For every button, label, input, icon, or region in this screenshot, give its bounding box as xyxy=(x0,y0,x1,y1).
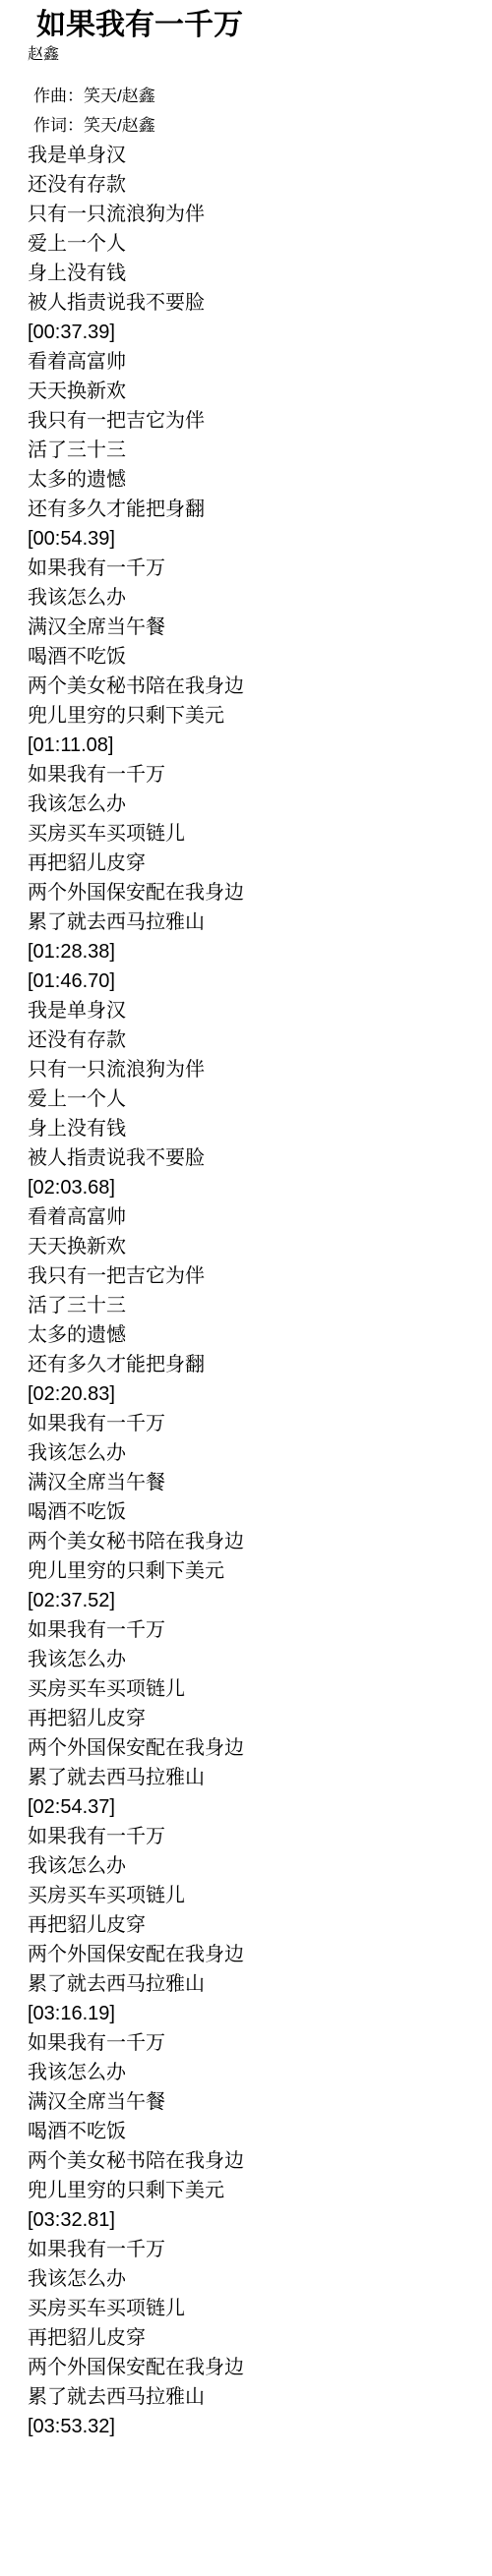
lyric-line: 如果我有一千万 xyxy=(28,554,492,583)
lyric-line: 天天换新欢 xyxy=(28,1232,492,1261)
lyric-line: 只有一只流浪狗为伴 xyxy=(28,1055,492,1084)
lyric-line: [01:46.70] xyxy=(28,966,492,996)
lyric-line: 如果我有一千万 xyxy=(28,1615,492,1645)
lyric-line: 看着高富帅 xyxy=(28,347,492,377)
lyric-line: 我该怎么办 xyxy=(28,790,492,819)
lyric-line: 我该怎么办 xyxy=(28,1645,492,1674)
lyric-line: [00:37.39] xyxy=(28,318,492,347)
lyric-line: 如果我有一千万 xyxy=(28,2235,492,2264)
page-title: 如果我有一千万 xyxy=(0,0,492,43)
lyric-line: 活了三十三 xyxy=(28,436,492,465)
lyric-line: [03:16.19] xyxy=(28,1999,492,2028)
lyric-line: 我该怎么办 xyxy=(28,583,492,613)
credits-block: 作曲：笑天/赵鑫 作词：笑天/赵鑫 xyxy=(0,82,492,141)
lyric-line: 还没有存款 xyxy=(28,1025,492,1055)
lyric-line: 买房买车买项链儿 xyxy=(28,2294,492,2323)
lyric-line: 两个外国保安配在我身边 xyxy=(28,1940,492,1969)
lyric-line: 累了就去西马拉雅山 xyxy=(28,907,492,937)
lyric-line: 我该怎么办 xyxy=(28,2264,492,2294)
lyric-line: 爱上一个人 xyxy=(28,229,492,259)
lyric-line: [02:20.83] xyxy=(28,1379,492,1409)
lyric-line: 两个外国保安配在我身边 xyxy=(28,1733,492,1763)
lyric-line: 两个美女秘书陪在我身边 xyxy=(28,1527,492,1556)
lyric-line: 我是单身汉 xyxy=(28,996,492,1025)
lyric-line: 我该怎么办 xyxy=(28,1851,492,1881)
lyric-line: 买房买车买项链儿 xyxy=(28,1881,492,1910)
lyric-line: 我该怎么办 xyxy=(28,2058,492,2087)
lyric-line: 满汉全席当午餐 xyxy=(28,2087,492,2117)
lyric-line: 再把貂儿皮穿 xyxy=(28,1910,492,1940)
lyric-line: 还没有存款 xyxy=(28,170,492,200)
lyric-line: 还有多久才能把身翻 xyxy=(28,1350,492,1379)
lyric-line: [03:53.32] xyxy=(28,2412,492,2441)
lyric-line: 天天换新欢 xyxy=(28,377,492,406)
lyric-line: 被人指责说我不要脸 xyxy=(28,288,492,318)
lyric-line: 如果我有一千万 xyxy=(28,1822,492,1851)
lyric-line: 只有一只流浪狗为伴 xyxy=(28,200,492,229)
lyric-line: 活了三十三 xyxy=(28,1291,492,1320)
lyricist-credit: 作词：笑天/赵鑫 xyxy=(28,111,492,141)
lyric-line: [01:28.38] xyxy=(28,937,492,966)
lyric-line: 还有多久才能把身翻 xyxy=(28,495,492,524)
artist-name: 赵鑫 xyxy=(0,44,492,65)
lyric-line: 身上没有钱 xyxy=(28,259,492,288)
lyric-line: 太多的遗憾 xyxy=(28,1320,492,1350)
lyric-line: 两个外国保安配在我身边 xyxy=(28,878,492,907)
lyric-line: [02:54.37] xyxy=(28,1792,492,1822)
lyric-line: 喝酒不吃饭 xyxy=(28,2117,492,2146)
lyric-line: 如果我有一千万 xyxy=(28,1409,492,1438)
lyric-line: 再把貂儿皮穿 xyxy=(28,849,492,878)
lyric-line: [02:03.68] xyxy=(28,1173,492,1202)
lyric-line: 两个外国保安配在我身边 xyxy=(28,2353,492,2382)
lyrics-block: 我是单身汉还没有存款只有一只流浪狗为伴爱上一个人身上没有钱被人指责说我不要脸[0… xyxy=(0,141,492,2441)
lyric-line: 两个美女秘书陪在我身边 xyxy=(28,2146,492,2176)
lyric-line: 满汉全席当午餐 xyxy=(28,1468,492,1497)
lyric-line: 我是单身汉 xyxy=(28,141,492,170)
lyrics-page: 如果我有一千万 赵鑫 作曲：笑天/赵鑫 作词：笑天/赵鑫 我是单身汉还没有存款只… xyxy=(0,0,492,2441)
lyric-line: [01:11.08] xyxy=(28,731,492,760)
lyric-line: 买房买车买项链儿 xyxy=(28,819,492,849)
lyric-line: 我只有一把吉它为伴 xyxy=(28,1261,492,1291)
lyric-line: 再把貂儿皮穿 xyxy=(28,2323,492,2353)
lyric-line: 身上没有钱 xyxy=(28,1114,492,1143)
lyric-line: 累了就去西马拉雅山 xyxy=(28,1763,492,1792)
lyric-line: 累了就去西马拉雅山 xyxy=(28,1969,492,1999)
lyric-line: 喝酒不吃饭 xyxy=(28,642,492,672)
lyric-line: 再把貂儿皮穿 xyxy=(28,1704,492,1733)
composer-credit: 作曲：笑天/赵鑫 xyxy=(28,82,492,111)
lyric-line: 我该怎么办 xyxy=(28,1438,492,1468)
lyric-line: 兜儿里穷的只剩下美元 xyxy=(28,701,492,731)
lyric-line: 看着高富帅 xyxy=(28,1202,492,1232)
lyric-line: 喝酒不吃饭 xyxy=(28,1497,492,1527)
lyric-line: [03:32.81] xyxy=(28,2205,492,2235)
lyric-line: [02:37.52] xyxy=(28,1586,492,1615)
lyric-line: 太多的遗憾 xyxy=(28,465,492,495)
lyric-line: 满汉全席当午餐 xyxy=(28,613,492,642)
lyric-line: 我只有一把吉它为伴 xyxy=(28,406,492,436)
lyric-line: 爱上一个人 xyxy=(28,1084,492,1114)
lyric-line: 被人指责说我不要脸 xyxy=(28,1143,492,1173)
lyric-line: 兜儿里穷的只剩下美元 xyxy=(28,1556,492,1586)
lyric-line: 两个美女秘书陪在我身边 xyxy=(28,672,492,701)
lyric-line: 兜儿里穷的只剩下美元 xyxy=(28,2176,492,2205)
lyric-line: 累了就去西马拉雅山 xyxy=(28,2382,492,2412)
lyric-line: [00:54.39] xyxy=(28,524,492,554)
lyric-line: 买房买车买项链儿 xyxy=(28,1674,492,1704)
lyric-line: 如果我有一千万 xyxy=(28,760,492,790)
lyric-line: 如果我有一千万 xyxy=(28,2028,492,2058)
